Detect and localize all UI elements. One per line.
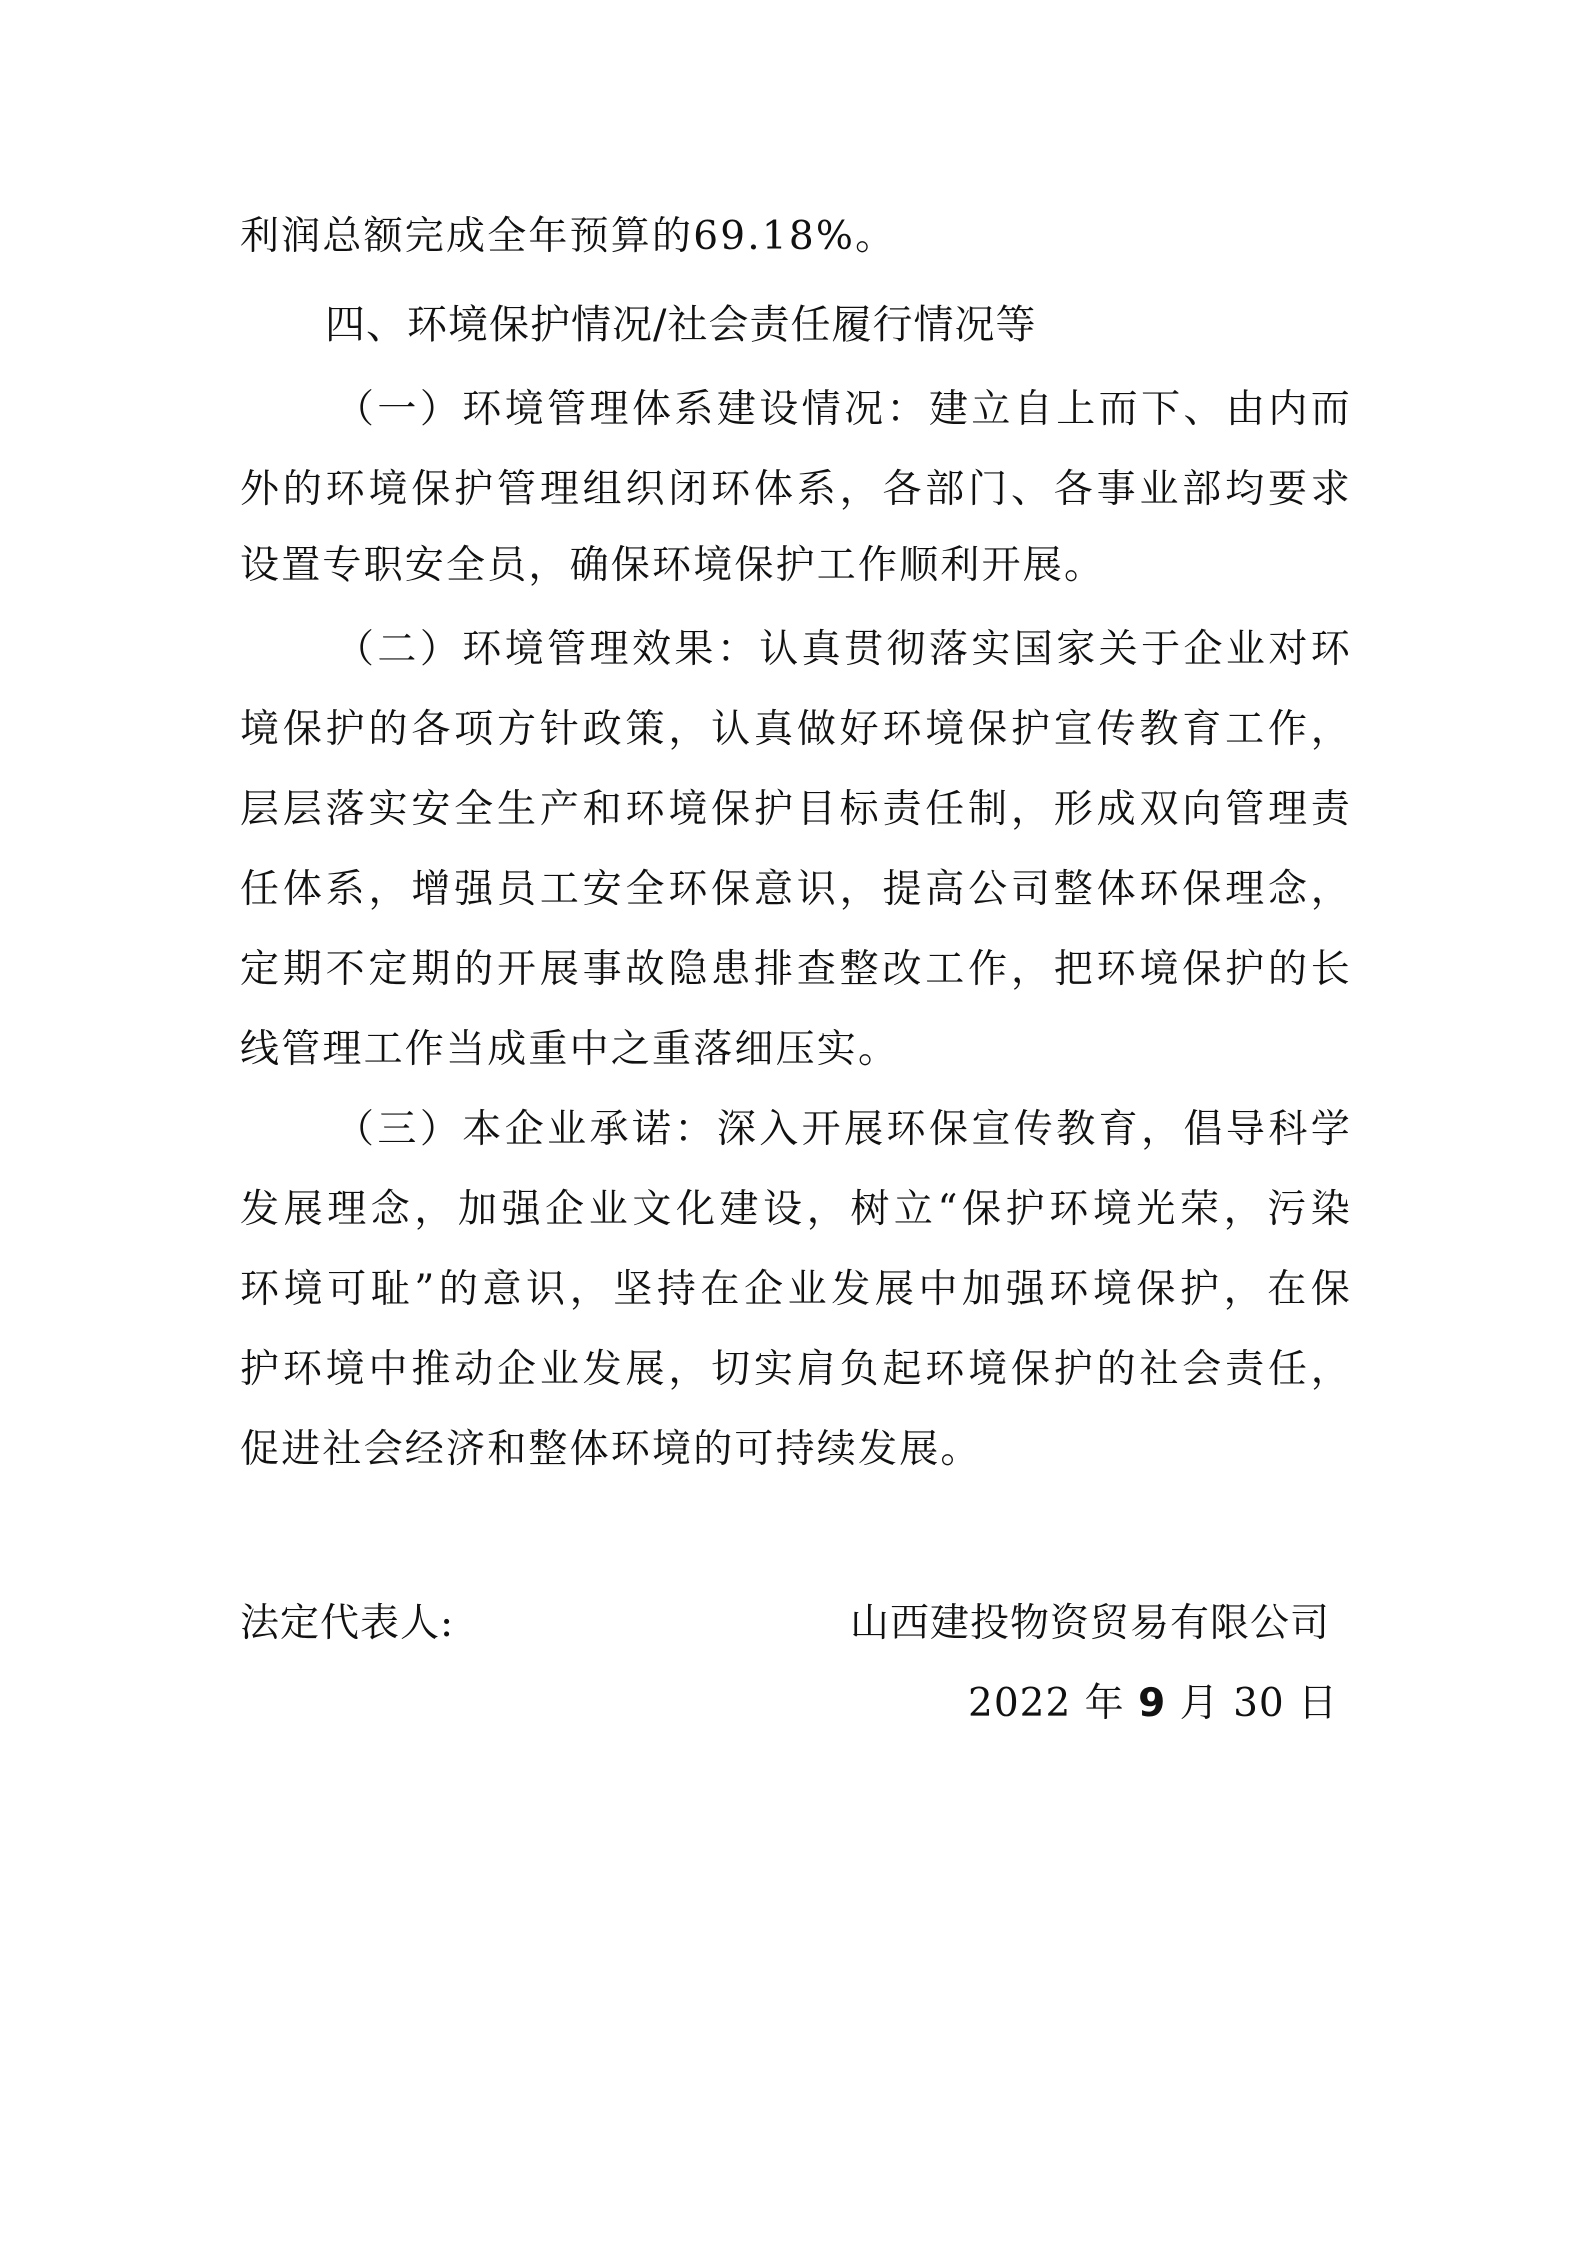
intro-closing-line: 利润总额完成全年预算的69.18%。 [240,213,1352,261]
date-day-unit: 日 [1298,1681,1338,1726]
legal-representative-label: 法定代表人: [240,1600,454,1648]
para2-line-2: 境保护的各项方针政策，认真做好环境保护宣传教育工作， [240,706,1352,754]
date-year: 2022 [968,1681,1071,1726]
para3-line-1: （三）本企业承诺：深入开展环保宣传教育，倡导科学 [335,1106,1352,1154]
date-month-unit: 月 [1180,1681,1220,1726]
para2-line-4: 任体系，增强员工安全环保意识，提高公司整体环保理念， [240,866,1352,914]
date-day: 30 [1233,1681,1285,1726]
company-name: 山西建投物资贸易有限公司 [850,1600,1330,1648]
para3-line-5: 促进社会经济和整体环境的可持续发展。 [240,1426,1352,1474]
para2-line-3: 层层落实安全生产和环境保护目标责任制，形成双向管理责 [240,786,1352,834]
para3-line-2: 发展理念，加强企业文化建设，树立“保护环境光荣，污染 [240,1186,1352,1234]
section-heading: 四、环境保护情况/社会责任履行情况等 [325,301,1036,349]
date-year-unit: 年 [1085,1681,1125,1726]
para3-line-3: 环境可耻”的意识，坚持在企业发展中加强环境保护，在保 [240,1266,1352,1314]
signature-date: 2022 年 9 月 30 日 [968,1680,1338,1728]
document-page: 利润总额完成全年预算的69.18%。 四、环境保护情况/社会责任履行情况等 （一… [0,0,1587,2245]
para3-line-4: 护环境中推动企业发展，切实肩负起环境保护的社会责任， [240,1346,1352,1394]
para2-line-5: 定期不定期的开展事故隐患排查整改工作，把环境保护的长 [240,946,1352,994]
para2-line-1: （二）环境管理效果：认真贯彻落实国家关于企业对环 [335,626,1352,674]
para1-line-2: 外的环境保护管理组织闭环体系，各部门、各事业部均要求 [240,466,1352,514]
para1-line-1: （一）环境管理体系建设情况：建立自上而下、由内而 [335,386,1352,434]
date-month: 9 [1138,1681,1166,1726]
para1-line-3: 设置专职安全员，确保环境保护工作顺利开展。 [240,542,1352,590]
para2-line-6: 线管理工作当成重中之重落细压实。 [240,1026,1352,1074]
